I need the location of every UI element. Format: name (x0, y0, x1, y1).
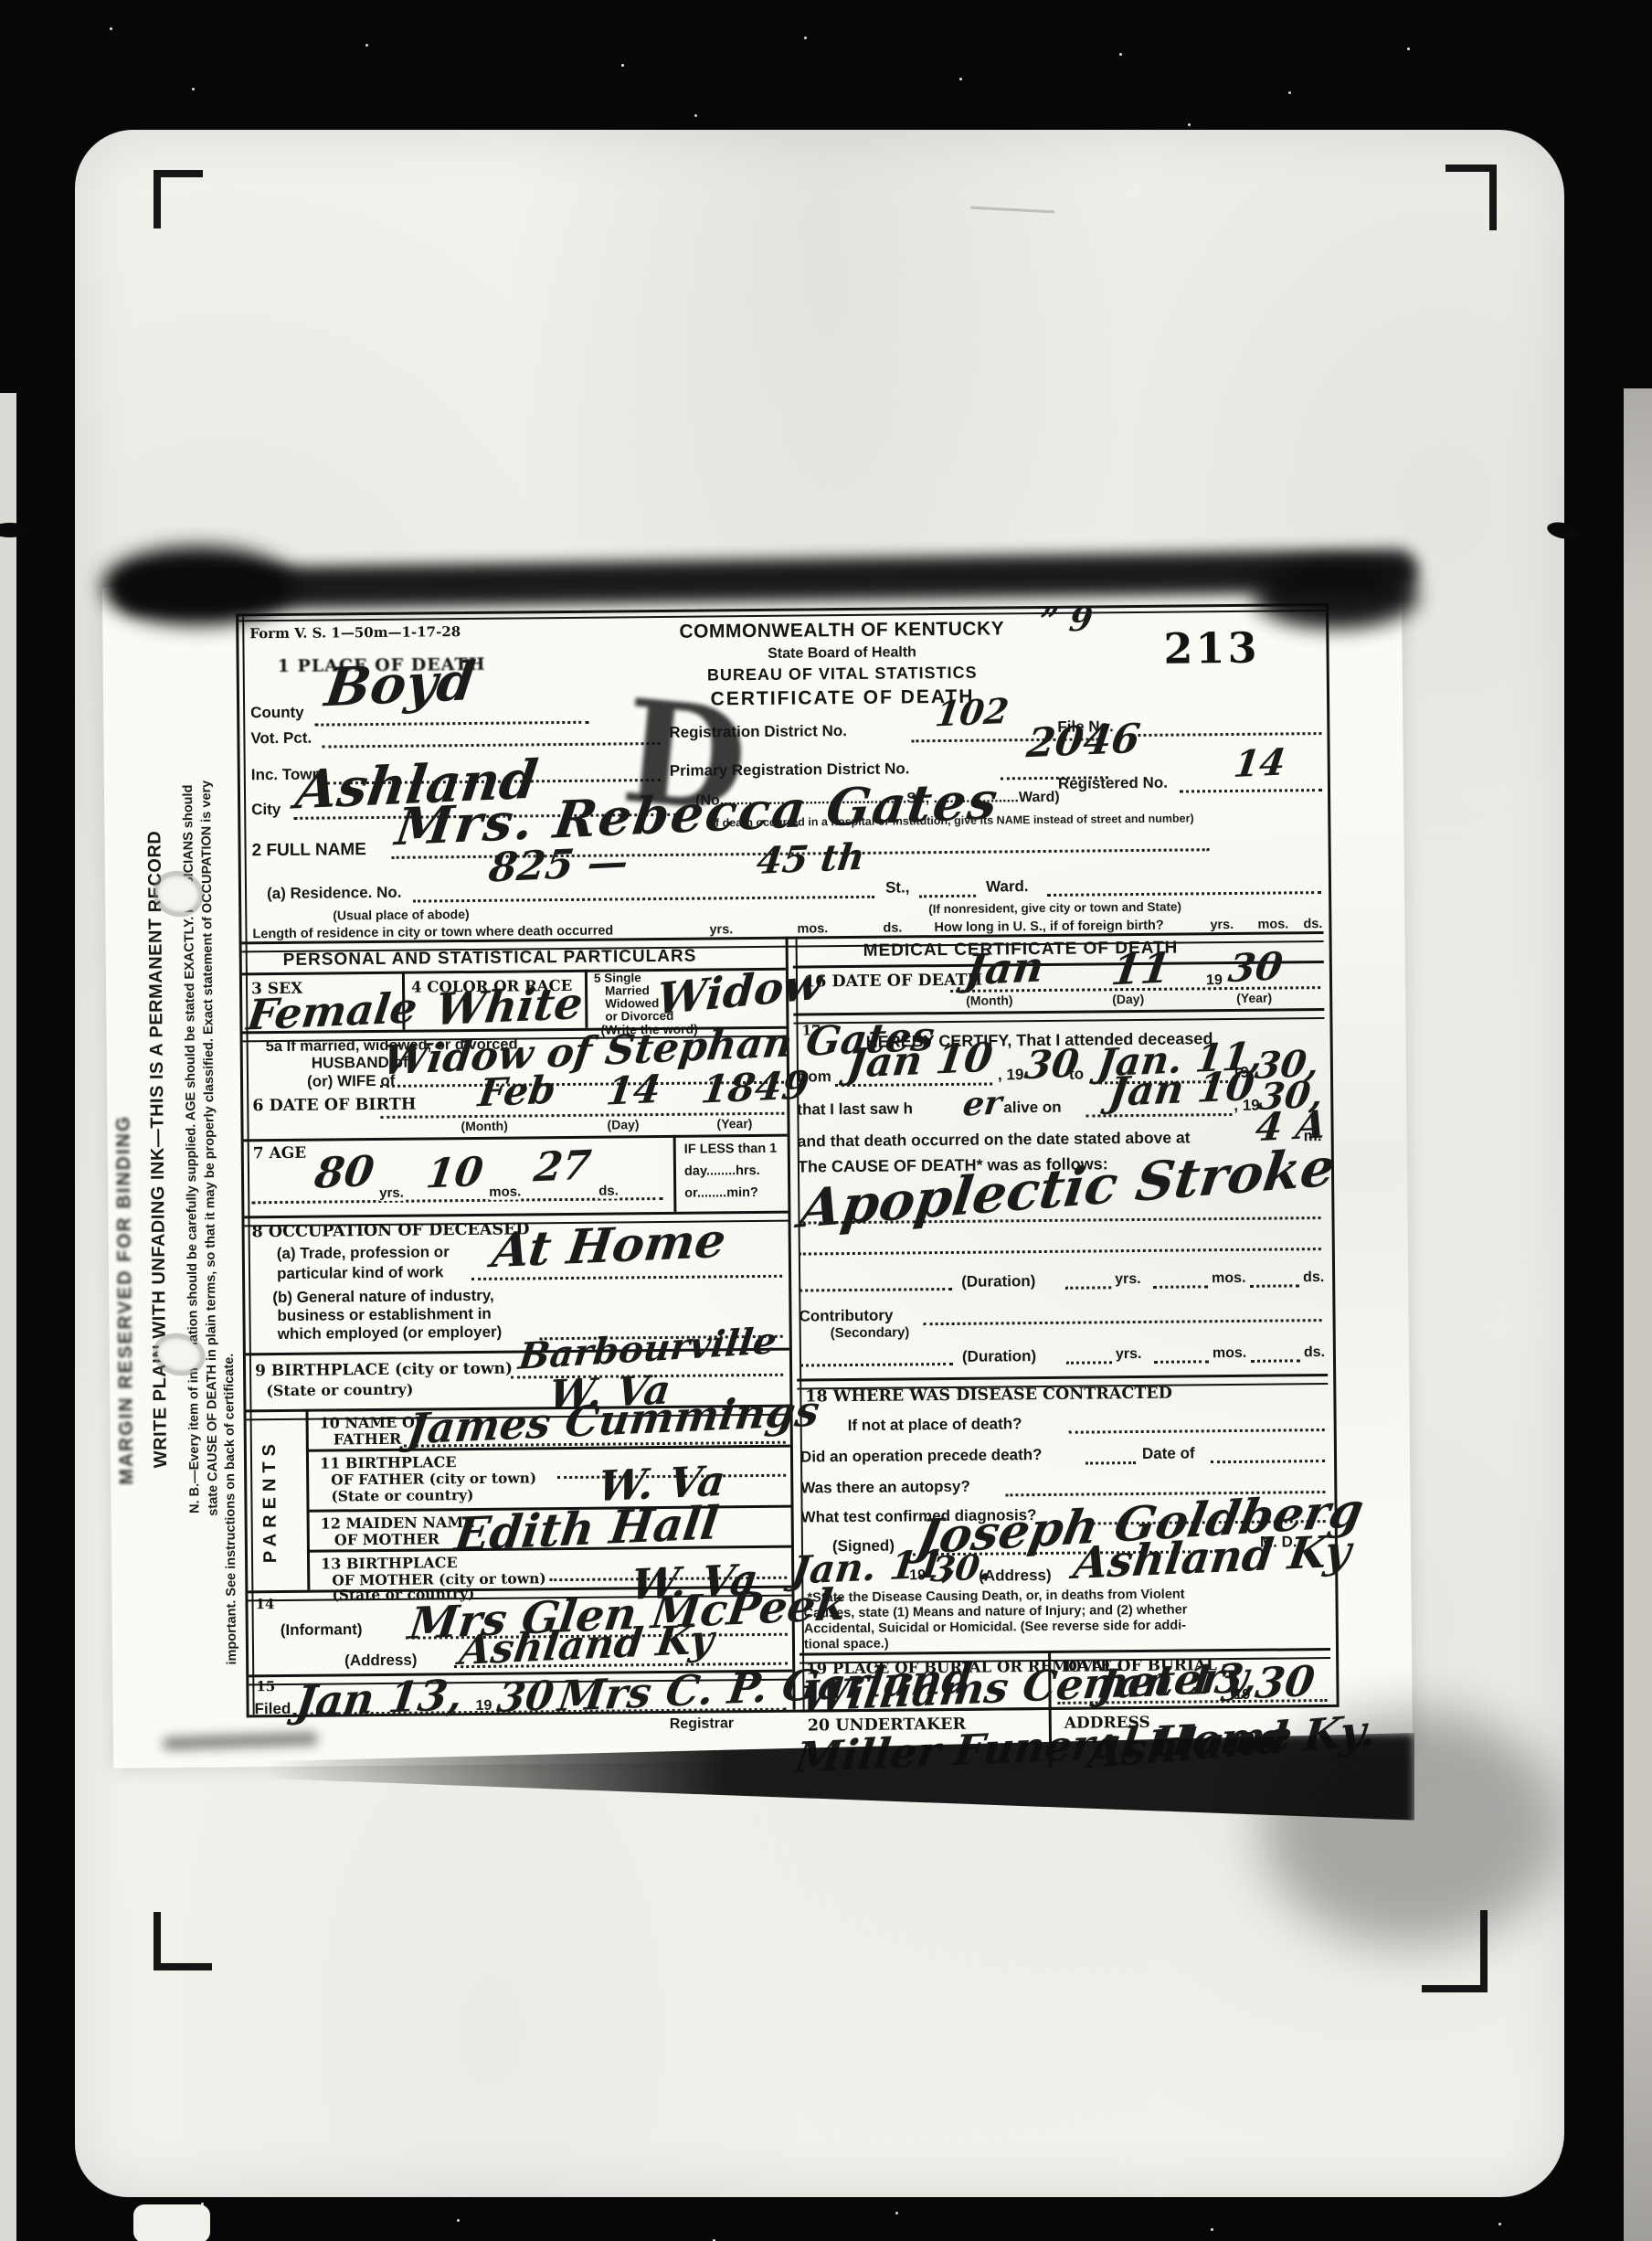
film-dust-specks-top (110, 27, 112, 30)
ifless-line1: IF LESS than 1 (684, 1142, 778, 1157)
occupation-b2: business or establishment in (277, 1305, 491, 1325)
crop-mark-bottom-left-h (154, 1963, 212, 1970)
dod-year-label: (Year) (1236, 991, 1272, 1005)
cause-line-2 (799, 1248, 1321, 1255)
film-dust-specks-bottom (201, 2203, 204, 2205)
dob-month-label: (Month) (461, 1119, 507, 1133)
filed-date-value: Jan 13, (292, 1670, 465, 1726)
personal-title: PERSONAL AND STATISTICAL PARTICULARS (283, 947, 697, 971)
q1-line (1069, 1429, 1325, 1434)
signature-address-label: (Address) (979, 1567, 1052, 1586)
dob-row-rule (244, 1134, 788, 1142)
death-certificate-sheet: MARGIN RESERVED FOR BINDING WRITE PLAIN … (102, 575, 1413, 1768)
crop-mark-top-left-h (154, 170, 203, 177)
mother-name-value: Edith Hall (451, 1495, 722, 1561)
county-label: County (250, 704, 304, 723)
from-value: Jan 10 (844, 1035, 995, 1088)
saw-label1: that I last saw h (797, 1099, 913, 1119)
age-ifless-divider (673, 1135, 677, 1212)
dob-day-label: (Day) (607, 1117, 639, 1131)
parents-vertical-label: PARENTS (259, 1418, 282, 1583)
margin-binding-note: MARGIN RESERVED FOR BINDING (111, 889, 141, 1712)
duration1-gap1 (1065, 1286, 1111, 1289)
crop-mark-top-left-v (154, 170, 161, 228)
age-label: 7 AGE (253, 1144, 307, 1163)
dod-row-rule (793, 1008, 1324, 1025)
residence-ward-gap-line (919, 895, 976, 898)
father-name-label2: FATHER (334, 1430, 402, 1449)
duration2-gap3 (1251, 1359, 1300, 1363)
ink-smudge-top-left-blob (102, 547, 294, 625)
registered-no-line (1180, 789, 1322, 792)
informant-label: (Informant) (281, 1620, 363, 1640)
ifless-line3: or........min? (684, 1185, 758, 1201)
duration2-label: (Duration) (962, 1347, 1036, 1366)
saw-19: , 19 (1234, 1097, 1260, 1115)
duration2-gap1 (1066, 1361, 1112, 1364)
certificate-form: Form V. S. 1—50m—1-17-28 1 PLACE OF DEAT… (236, 603, 1340, 1717)
from-19: , 19 (998, 1066, 1024, 1084)
date-of-death-month: Jan (962, 941, 1047, 994)
duration2-mos: mos. (1213, 1345, 1247, 1362)
date-of-death-label: 16 DATE OF DEATH (804, 972, 982, 992)
ward-label: Ward. (986, 877, 1029, 896)
residence-label: (a) Residence. No. (267, 884, 402, 903)
ink-smudge-top-right-blob (1254, 563, 1418, 629)
length-mos-label: mos. (797, 921, 828, 936)
registration-district-value: 102 (933, 690, 1011, 735)
age-yrs-value: 80 (312, 1146, 376, 1198)
margin-permanent-record-note: WRITE PLAIN WITH UNFADING INK—THIS IS A … (143, 623, 174, 1674)
residence-no-line (413, 896, 874, 903)
birthplace-label: 9 BIRTHPLACE (city or town) (255, 1360, 513, 1381)
q2a-label: Did an operation precede death? (800, 1446, 1043, 1467)
duration2-lead-line (800, 1363, 953, 1367)
father-bp-label2: OF FATHER (city or town) (331, 1469, 536, 1488)
how-long-ds-label: ds. (1303, 917, 1322, 931)
ifless-line2: day........hrs. (684, 1163, 760, 1179)
filed-year-value: 30 (494, 1673, 556, 1722)
date-of-death-year: 30 (1225, 943, 1285, 991)
filed-label: Filed (255, 1700, 291, 1718)
occurred-label: and that death occurred on the date stat… (798, 1128, 1191, 1151)
q1-label: If not at place of death? (848, 1415, 1022, 1435)
occupation-label: 8 OCCUPATION OF DECEASED (252, 1220, 530, 1241)
footnote-line4: tional space.) (804, 1637, 889, 1652)
page-stamp-213: 213 (1163, 623, 1260, 674)
dob-year-label: (Year) (716, 1116, 752, 1131)
occupation-a2: particular kind of work (277, 1263, 443, 1283)
parents-cell-divider (305, 1409, 310, 1590)
q3-label: Was there an autopsy? (800, 1478, 970, 1498)
state-board-heading: State Board of Health (641, 643, 1043, 664)
crop-mark-bottom-left-v (154, 1912, 161, 1969)
q2b-label: Date of (1142, 1444, 1195, 1463)
occupation-b3: which employed (or employer) (278, 1323, 503, 1344)
informant-address-label: (Address) (344, 1652, 418, 1671)
film-sprocket-hole (133, 2204, 210, 2241)
duration1-gap2 (1153, 1285, 1208, 1289)
duration2-gap2 (1154, 1360, 1209, 1364)
duration1-ds: ds. (1303, 1269, 1324, 1286)
certify-number: 17 (801, 1022, 821, 1038)
duration1-lead-line (799, 1288, 952, 1292)
film-edge-right (1624, 388, 1652, 2241)
contributory-label: Contributory (799, 1307, 893, 1326)
dob-month-value: Feb (476, 1067, 559, 1116)
age-mos-value: 10 (423, 1149, 485, 1198)
registrar-label: Registrar (670, 1715, 734, 1733)
signature-19: 19 (909, 1567, 926, 1584)
form-number: Form V. S. 1—50m—1-17-28 (249, 623, 461, 642)
vot-pct-label: Vot. Pct. (250, 729, 312, 749)
dob-year-value: 1849 (699, 1062, 812, 1111)
where-contracted-label: 18 WHERE WAS DISEASE CONTRACTED (805, 1385, 1172, 1407)
file-no-line (1128, 732, 1321, 737)
dob-day-value: 14 (604, 1067, 663, 1114)
duration2-yrs: yrs. (1116, 1346, 1142, 1363)
crop-mark-top-right-v (1489, 165, 1497, 230)
county-value: Boyd (322, 650, 479, 718)
residence-ward-line (1047, 891, 1321, 897)
how-long-yrs-label: yrs. (1210, 918, 1234, 932)
st-label: St., (885, 878, 910, 897)
dod-day-label: (Day) (1112, 992, 1144, 1006)
cause-of-death-value: Apoplectic Stroke (796, 1136, 1339, 1240)
duration2-ds: ds. (1304, 1344, 1325, 1361)
dod-month-label: (Month) (966, 993, 1012, 1007)
saw-her-value: er (960, 1084, 1004, 1124)
occupation-b1: (b) General nature of industry, (272, 1287, 494, 1307)
occupation-value: At Home (489, 1213, 729, 1279)
shadow-bottom-right (1261, 1709, 1562, 1947)
length-yrs-label: yrs. (709, 922, 733, 937)
secondary-label: (Secondary) (831, 1324, 910, 1341)
registered-no-value: 14 (1231, 740, 1287, 786)
birthplace-state-label: (State or country) (266, 1381, 413, 1400)
age-mos-label: mos. (489, 1184, 521, 1199)
age-ds-value: 27 (531, 1142, 593, 1192)
occupation-a1: (a) Trade, profession or (277, 1243, 450, 1263)
residence-no-value: 825 — (486, 839, 631, 892)
dob-label: 6 DATE OF BIRTH (252, 1096, 416, 1116)
abode-note: (Usual place of abode) (333, 907, 470, 922)
filed-number: 15 (256, 1678, 275, 1694)
margin-nb-line3: important. See instructions on back of c… (220, 1152, 239, 1664)
vot-pct-line (323, 742, 661, 749)
film-blemish-left (0, 523, 29, 537)
duration1-yrs: yrs. (1115, 1271, 1141, 1288)
script-mark-9: ” 9 (1036, 600, 1095, 641)
duration1-label: (Duration) (961, 1272, 1035, 1291)
county-line (314, 721, 588, 727)
q2-line (1211, 1460, 1325, 1463)
age-yrs-label: yrs. (379, 1185, 404, 1201)
color-race-value: White (432, 978, 586, 1036)
from-label: from (797, 1067, 831, 1086)
mother-name-label2: OF MOTHER (334, 1530, 439, 1548)
footnote-line3: Accidental, Suicidal or Homicidal. (See … (804, 1619, 1186, 1637)
how-long-mos-label: mos. (1257, 917, 1288, 931)
nonresident-note: (If nonresident, give city or town and S… (928, 900, 1181, 917)
contributory-line (924, 1319, 1322, 1325)
q2-gap (1085, 1461, 1136, 1465)
age-ds-label: ds. (598, 1183, 619, 1198)
length-ds-label: ds. (883, 920, 902, 935)
crop-mark-bottom-right-h (1422, 1985, 1488, 1992)
file-no-label: File No. (1057, 717, 1114, 737)
duration1-gap3 (1250, 1284, 1299, 1288)
film-edge-left (0, 393, 16, 2241)
saw-label2: alive on (1003, 1099, 1062, 1118)
commonwealth-heading: COMMONWEALTH OF KENTUCKY (641, 618, 1043, 643)
city-label: City (251, 801, 281, 819)
registration-district-label: Registration District No. (669, 722, 847, 742)
duration1-mos: mos. (1212, 1270, 1246, 1287)
full-name-label: 2 FULL NAME (252, 840, 366, 861)
to-label: to (1069, 1066, 1084, 1084)
microfilm-frame: MARGIN RESERVED FOR BINDING WRITE PLAIN … (0, 0, 1652, 2241)
registered-no-label: Registered No. (1058, 774, 1168, 793)
residence-st-value: 45 th (754, 835, 867, 883)
father-bp-label3: (State or country) (331, 1486, 473, 1504)
mother-name-label1: 12 MAIDEN NAME (321, 1513, 475, 1533)
informant-number: 14 (255, 1596, 274, 1612)
